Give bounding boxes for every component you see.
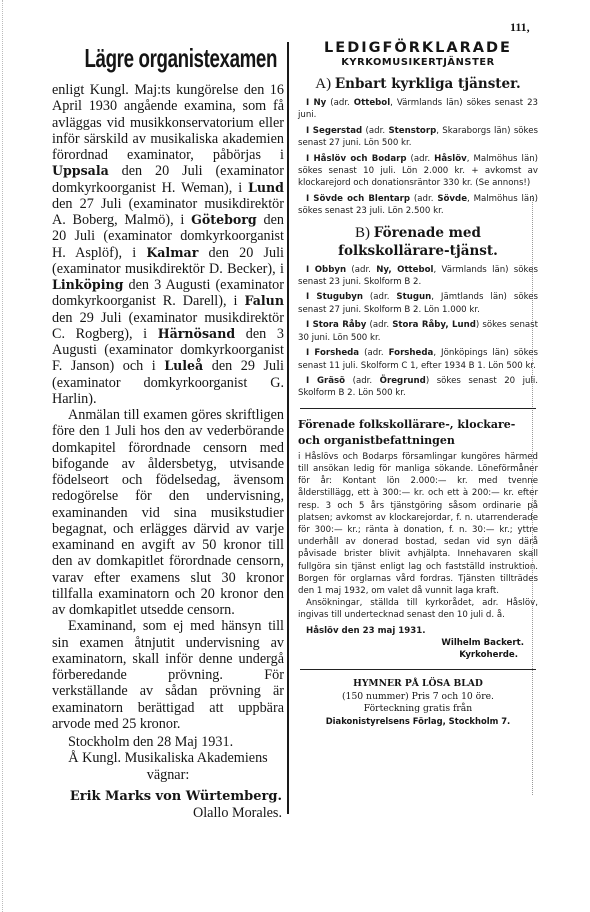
article-on-behalf: Å Kungl. Musikaliska Akademiens vägnar: (52, 750, 284, 783)
advert-price: (150 nummer) Pris 7 och 10 öre. (298, 691, 538, 703)
article-paragraph-1: enligt Kungl. Maj:ts kungörelse den 16 A… (52, 82, 284, 407)
vacancy-notice: I Obbyn (adr. Ny, Ottebol, Värmlands län… (298, 264, 538, 289)
section-b-heading: B) Förenade med folkskollärare-tjänst. (298, 224, 538, 260)
section-a-title: Enbart kyrkliga tjänster. (335, 76, 521, 92)
signatory-2: Olallo Morales. (52, 805, 284, 821)
advertisement: HYMNER PÅ LÖSA BLAD (150 nummer) Pris 7 … (298, 678, 538, 728)
vacancy-notice: I Segerstad (adr. Stenstorp, Skaraborgs … (298, 125, 538, 150)
section-rule (300, 408, 536, 409)
right-column: LEDIGFÖRKLARADE KYRKOMUSIKERTJÄNSTER A) … (298, 40, 538, 728)
section-b-prefix: B) (355, 225, 370, 241)
article-title: Lägre organistexamen (84, 38, 251, 78)
announcement-paragraph-1: i Håslövs och Bodarps församlingar kungö… (298, 451, 538, 597)
vacancy-notice: I Håslöv och Bodarp (adr. Håslöv, Malmöh… (298, 153, 538, 190)
page-number: 111, (510, 20, 530, 35)
article-paragraph-3: Examinand, som ej med hänsyn till sin ex… (52, 618, 284, 732)
section-b-notices: I Obbyn (adr. Ny, Ottebol, Värmlands län… (298, 264, 538, 400)
page-edge (2, 0, 3, 912)
column-divider (287, 42, 289, 814)
announcement-signatory-title: Kyrkoherde. (298, 649, 538, 661)
advert-title: HYMNER PÅ LÖSA BLAD (298, 678, 538, 690)
announcement-paragraph-2: Ansökningar, ställda till kyrkorådet, ad… (298, 597, 538, 621)
article-date-line: Stockholm den 28 Maj 1931. (52, 734, 284, 750)
advert-publisher: Diakonistyrelsens Förlag, Stockholm 7. (298, 715, 538, 727)
vacancy-notice: I Stora Råby (adr. Stora Råby, Lund) sök… (298, 319, 538, 344)
vacancy-notice: I Stugubyn (adr. Stugun, Jämtlands län) … (298, 291, 538, 316)
signatory-1: Erik Marks von Würtemberg. (52, 789, 284, 805)
vacancy-notice: I Sövde och Blentarp (adr. Sövde, Malmöh… (298, 193, 538, 218)
article-paragraph-2: Anmälan till examen göres skriftligen fö… (52, 407, 284, 618)
section-a-prefix: A) (315, 76, 331, 92)
announcement-date: Håslöv den 23 maj 1931. (298, 625, 538, 637)
announcement-signatory: Wilhelm Backert. (298, 637, 538, 649)
vacancies-header: LEDIGFÖRKLARADE (298, 40, 538, 56)
vacancy-notice: I Forsheda (adr. Forsheda, Jönköpings lä… (298, 347, 538, 372)
advert-rule (300, 669, 536, 670)
vacancies-subheader: KYRKOMUSIKERTJÄNSTER (298, 56, 538, 69)
announcement-title: Förenade folkskollärare-, klockare- och … (298, 417, 538, 449)
section-a-notices: I Ny (adr. Ottebol, Värmlands län) sökes… (298, 97, 538, 218)
vacancy-notice: I Ny (adr. Ottebol, Värmlands län) sökes… (298, 97, 538, 122)
left-article: Lägre organistexamen enligt Kungl. Maj:t… (52, 38, 284, 821)
section-a-heading: A) Enbart kyrkliga tjänster. (298, 75, 538, 93)
vacancy-notice: I Gräsö (adr. Öregrund) sökes senast 20 … (298, 375, 538, 400)
announcement: Förenade folkskollärare-, klockare- och … (298, 417, 538, 661)
advert-catalog: Förteckning gratis från (298, 703, 538, 715)
